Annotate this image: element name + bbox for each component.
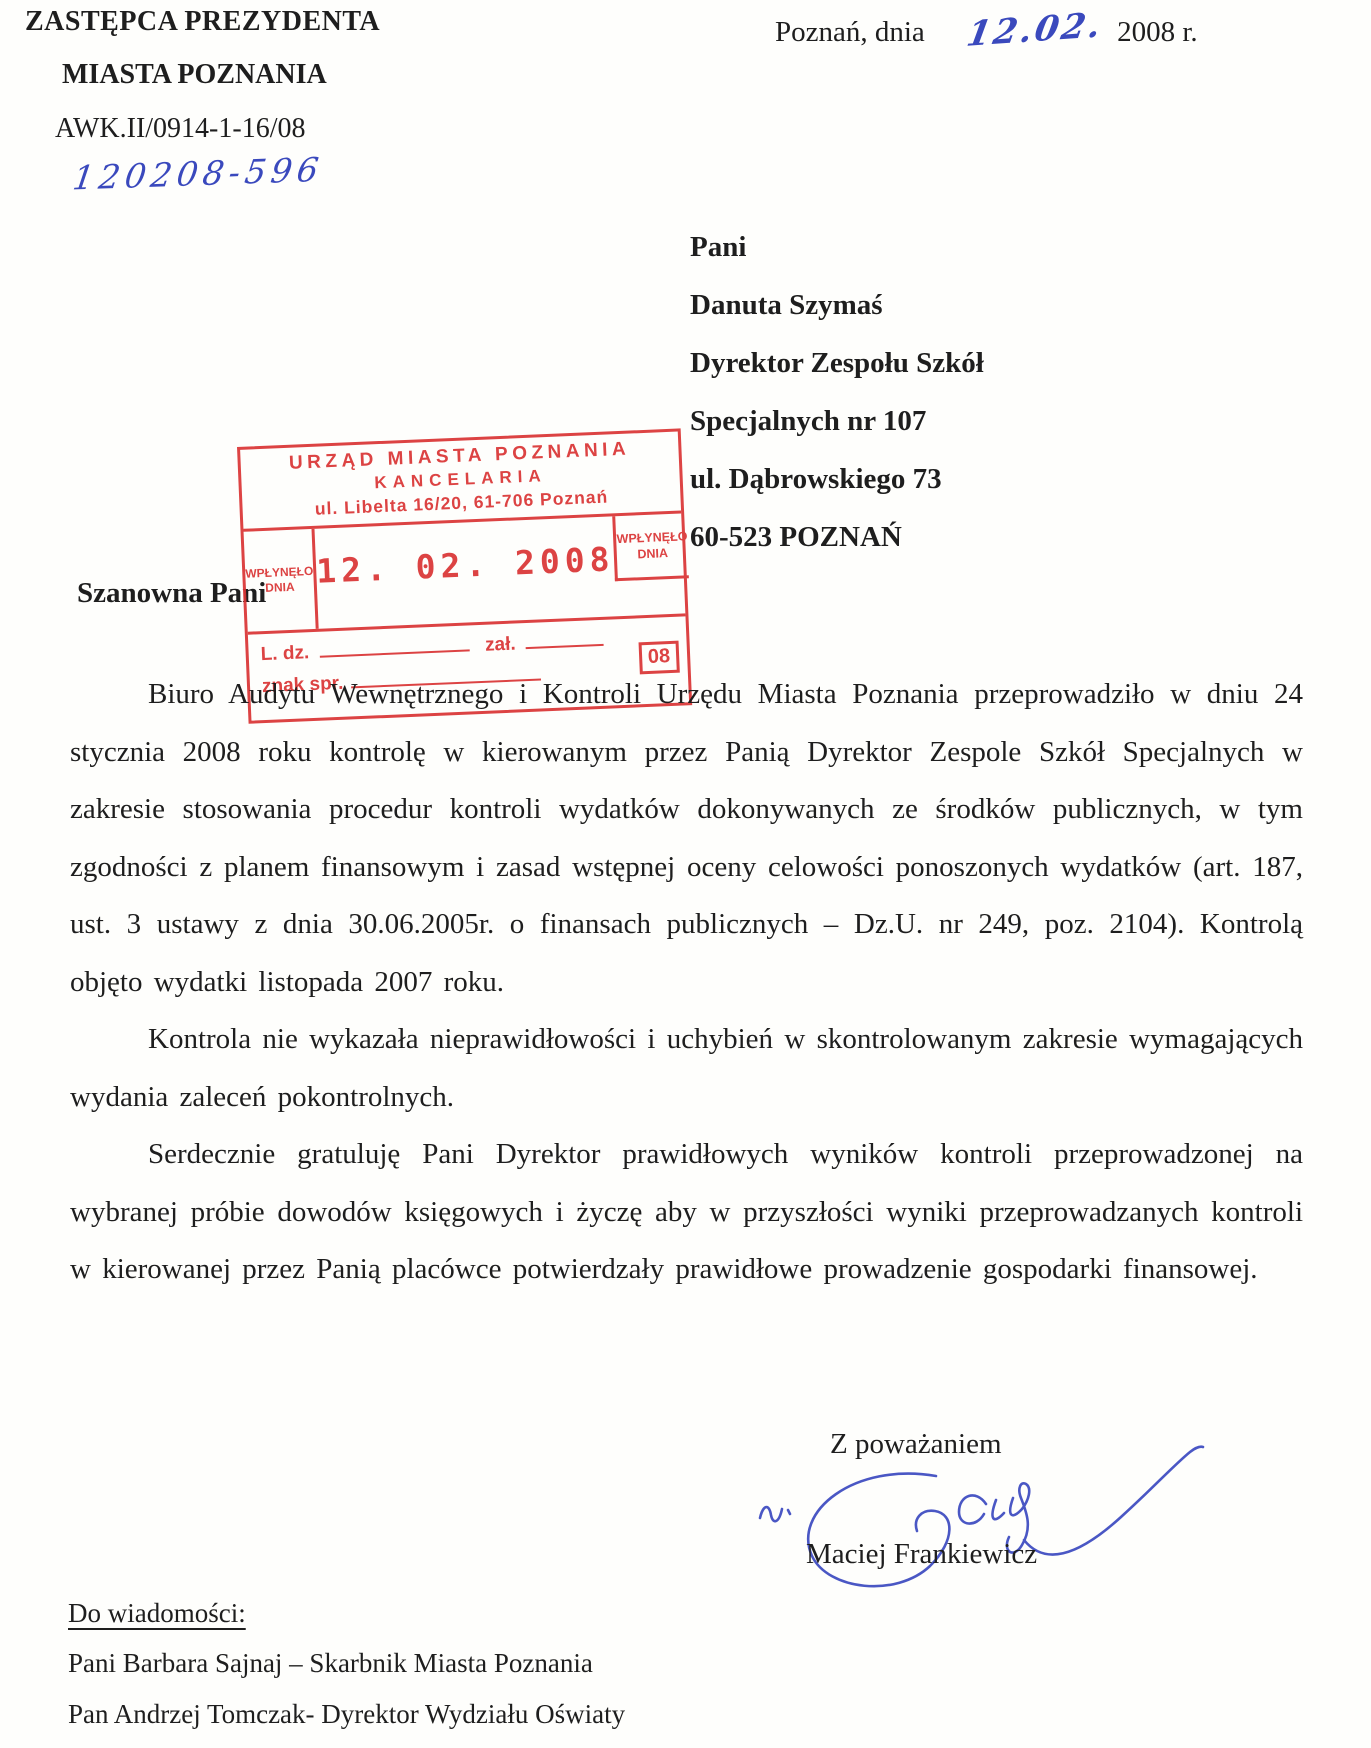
handwritten-date: 12.02. bbox=[963, 5, 1106, 55]
handwritten-file-number: 120208-596 bbox=[70, 145, 447, 197]
stamp-received-right-line1: WPŁYNĘŁO bbox=[616, 528, 687, 547]
valediction: Z poważaniem bbox=[830, 1428, 1002, 1461]
stamp-ldz-label: L. dz. bbox=[260, 642, 309, 666]
stamp-received-right-line2: DNIA bbox=[637, 545, 668, 562]
dateline: Poznań, dnia 12.02. 2008 r. bbox=[775, 10, 1198, 50]
stamp-received-left-line1: WPŁYNĘŁO bbox=[245, 564, 314, 582]
body-paragraph: Serdecznie gratuluję Pani Dyrektor prawi… bbox=[70, 1126, 1303, 1299]
recipient-line: 60-523 POZNAŃ bbox=[690, 508, 984, 566]
reference-number: AWK.II/0914-1-16/08 bbox=[55, 113, 445, 145]
stamp-zal-label: zał. bbox=[485, 634, 517, 657]
recipient-line: Specjalnych nr 107 bbox=[690, 392, 984, 450]
recipient-line: Dyrektor Zespołu Szkół bbox=[690, 334, 984, 392]
recipient-line: Pani bbox=[690, 218, 984, 276]
cc-heading: Do wiadomości: bbox=[68, 1598, 625, 1629]
recipient-line: ul. Dąbrowskiego 73 bbox=[690, 450, 984, 508]
letterhead-office-line2: MIASTA POZNANIA bbox=[62, 59, 445, 91]
body-paragraph: Kontrola nie wykazała nieprawidłowości i… bbox=[70, 1011, 1303, 1126]
cc-item: Pan Andrzej Tomczak- Dyrektor Wydziału O… bbox=[68, 1699, 625, 1730]
recipient-block: Pani Danuta Szymaś Dyrektor Zespołu Szkó… bbox=[690, 218, 984, 566]
letterhead: ZASTĘPCA PREZYDENTA MIASTA POZNANIA AWK.… bbox=[25, 6, 445, 191]
stamp-ldz-blank-line bbox=[319, 635, 470, 657]
stamp-date-cell: 12. 02. 2008 bbox=[314, 516, 616, 628]
year-label: 2008 r. bbox=[1117, 16, 1198, 49]
cc-block: Do wiadomości: Pani Barbara Sajnaj – Ska… bbox=[68, 1598, 625, 1748]
place-date-label: Poznań, dnia bbox=[775, 16, 925, 49]
body-paragraph: Biuro Audytu Wewnętrznego i Kontroli Urz… bbox=[70, 666, 1303, 1011]
cc-item: Pani Barbara Sajnaj – Skarbnik Miasta Po… bbox=[68, 1648, 625, 1679]
stamp-zal-blank-line bbox=[525, 630, 604, 649]
stamp-date: 12. 02. 2008 bbox=[315, 539, 615, 590]
letterhead-office-line1: ZASTĘPCA PREZYDENTA bbox=[25, 6, 445, 38]
scanned-letter-page: ZASTĘPCA PREZYDENTA MIASTA POZNANIA AWK.… bbox=[0, 0, 1371, 1748]
salutation: Szanowna Pani bbox=[77, 577, 266, 610]
stamp-received-left-line2: DNIA bbox=[265, 580, 295, 596]
stamp-ldz-row: L. dz. zał. bbox=[260, 627, 675, 666]
recipient-line: Danuta Szymaś bbox=[690, 276, 984, 334]
letter-body: Biuro Audytu Wewnętrznego i Kontroli Urz… bbox=[70, 666, 1303, 1299]
stamp-received-left: WPŁYNĘŁO DNIA bbox=[244, 529, 319, 632]
stamp-received-right: WPŁYNĘŁO DNIA bbox=[613, 513, 690, 581]
stamp-middle-row: WPŁYNĘŁO DNIA 12. 02. 2008 WPŁYNĘŁO DNIA bbox=[244, 513, 686, 634]
signer-name: Maciej Frankiewicz bbox=[806, 1538, 1037, 1571]
